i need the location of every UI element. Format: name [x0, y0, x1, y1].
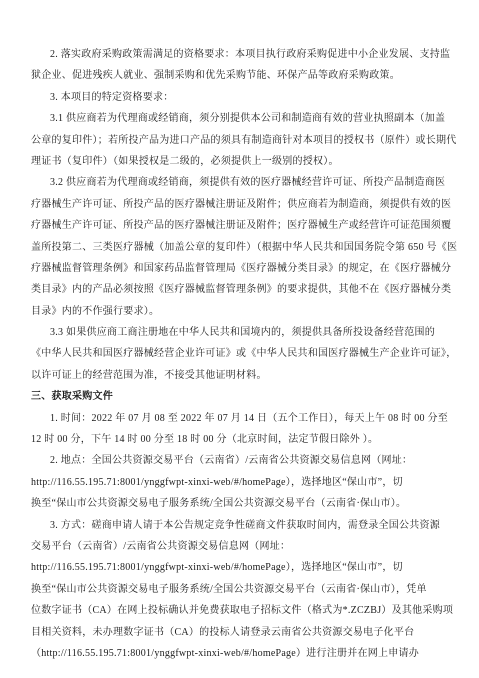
- document-line: 12 时 00 分，下午 14 时 00 分至 18 时 00 分（北京时间，法…: [31, 429, 451, 450]
- document-line: http://116.55.195.71:8001/ynggfwpt-xinxi…: [31, 557, 451, 578]
- document-line: 盖所投第二、三类医疗器械（加盖公章的复印件）（根据中华人民共和国国务院令第 65…: [31, 237, 451, 258]
- document-line: 交易平台（云南省）/云南省公共资源交易信息网（网址：: [31, 536, 451, 557]
- document-line: 3.1 供应商若为代理商或经销商，须分别提供本公司和制造商有效的营业执照副本（加…: [31, 108, 451, 129]
- document-line: 换至“保山市公共资源交易电子服务系统/全国公共资源交易平台（云南省·保山市）。: [31, 493, 451, 514]
- document-line: 2. 落实政府采购政策需满足的资格要求：本项目执行政府采购促进中小企业发展、支持…: [31, 44, 451, 65]
- document-line: 狱企业、促进残疾人就业、强制采购和优先采购节能、环保产品等政府采购政策。: [31, 65, 451, 86]
- document-line: 3.2 供应商若为代理商或经销商，须提供有效的医疗器械经营许可证、所投产品制造商…: [31, 172, 451, 193]
- document-line: 疗器械监督管理条例》和国家药品监督管理局《医疗器械分类目录》的规定，在《医疗器械…: [31, 258, 451, 279]
- document-line: 3.3 如果供应商工商注册地在中华人民共和国境内的，须提供具备所投设备经营范围的: [31, 322, 451, 343]
- document-line: 3. 本项目的特定资格要求：: [31, 87, 451, 108]
- document-line: 2. 地点：全国公共资源交易平台（云南省）/云南省公共资源交易信息网（网址：: [31, 450, 451, 471]
- document-line: http://116.55.195.71:8001/ynggfwpt-xinxi…: [31, 472, 451, 493]
- document-line: 疗器械生产许可证、所投产品的医疗器械注册证及附件；医疗器械生产或经营许可证范围须…: [31, 215, 451, 236]
- document-line: 3. 方式：磋商申请人请于本公告规定竞争性磋商文件获取时间内，需登录全国公共资源: [31, 515, 451, 536]
- document-line: 疗器械生产许可证、所投产品的医疗器械注册证及附件；供应商若为制造商，须提供有效的…: [31, 194, 451, 215]
- section-heading: 三、获取采购文件: [31, 386, 451, 407]
- document-line: 目录》内的不作强行要求）。: [31, 301, 451, 322]
- document-line: 换至“保山市公共资源交易电子服务系统/全国公共资源交易平台（云南省·保山市），凭…: [31, 579, 451, 600]
- document-line: 位数字证书（CA）在网上投标确认并免费获取电子招标文件（格式为*.ZCZBJ）及…: [31, 600, 451, 621]
- document-line: 《中华人民共和国医疗器械经营企业许可证》或《中华人民共和国医疗器械生产企业许可证…: [31, 343, 451, 364]
- document-page: 2. 落实政府采购政策需满足的资格要求：本项目执行政府采购促进中小企业发展、支持…: [0, 0, 479, 678]
- document-line: 1. 时间：2022 年 07 月 08 至 2022 年 07 月 14 日（…: [31, 408, 451, 429]
- document-line: （http://116.55.195.71:8001/ynggfwpt-xinx…: [31, 643, 451, 664]
- document-line: 类目录》内的产品必须按照《医疗器械监督管理条例》的要求提供，其他不在《医疗器械分…: [31, 279, 451, 300]
- document-line: 目相关资料，未办理数字证书（CA）的投标人请登录云南省公共资源交易电子化平台: [31, 622, 451, 643]
- document-line: 以许可证上的经营范围为准，不接受其他证明材料。: [31, 365, 451, 386]
- document-body: 2. 落实政府采购政策需满足的资格要求：本项目执行政府采购促进中小企业发展、支持…: [31, 44, 451, 664]
- document-line: 公章的复印件）；若所投产品为进口产品的须具有制造商针对本项目的授权书（原件）或长…: [31, 130, 451, 151]
- document-line: 理证书（复印件）（如果授权是二级的，必须提供上一级别的授权）。: [31, 151, 451, 172]
